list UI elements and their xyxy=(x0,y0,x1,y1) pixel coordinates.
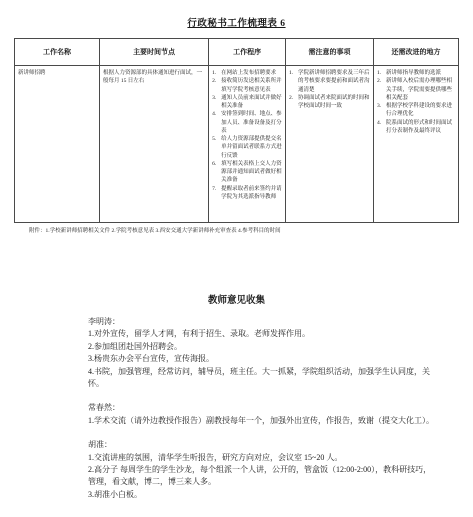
opinion-author: 胡准： xyxy=(88,439,435,451)
opinion-section-huzhun: 胡准： 1.交流讲座的氛围，清华学生听报告，研究方向对应，会议室 15~20 人… xyxy=(88,439,435,501)
opinions-body: 李明涛： 1.对外宣传，留学人才网，有利于招生、录取。老师发挥作用。2.参加组团… xyxy=(88,316,435,501)
list-item-text: 通知人员前来面试并做好相关准备 xyxy=(221,94,283,111)
list-item-number: 1. xyxy=(289,69,298,77)
list-item: 4.安排签到时间、地点、参加人员、准备设备及打分表 xyxy=(212,110,283,135)
list-item-text: 填写相关表格上交人力资源部并通知面试者做好相关准备 xyxy=(221,160,283,185)
opinion-section-limingtao: 李明涛： 1.对外宣传，留学人才网，有利于招生、录取。老师发挥作用。2.参加组团… xyxy=(88,316,435,390)
cell-work-name: 新讲师招聘 xyxy=(15,66,100,223)
document-page: 行政秘书工作梳理表 6 工作名称 主要时间节点 工作程序 需注意的事项 还需改进… xyxy=(0,15,473,501)
list-item: 6.填写相关表格上交人力资源部并通知面试者做好相关准备 xyxy=(212,160,283,185)
list-item: 2.新讲师入校后需办理哪些相关手续，学院需要提供哪些相关配套 xyxy=(377,77,456,102)
list-item: 1.学术交流（请外边教授作报告）副教授每年一个，加强外出宣传，作报告，致谢（提交… xyxy=(88,415,435,427)
list-item-text: 协调面试者来院面试的时间和学校面试时间一致 xyxy=(298,94,371,111)
list-item-text: 新讲师入校后需办理哪些相关手续，学院需要提供哪些相关配套 xyxy=(386,77,456,102)
list-item: 2.接收简历发送相关系所并填写学院考核意见表 xyxy=(212,77,283,94)
opinions-title: 教师意见收集 xyxy=(0,292,473,306)
list-item-number: 2. xyxy=(377,77,386,85)
attachments-footnote: 附件：1.学校新讲师招聘相关文件 2.学院考核意见表 3.西安交通大学新讲师补充… xyxy=(29,226,473,234)
list-item: 1.学院新讲师招聘要求及三年后的考核要求要提前和面试者沟通清楚 xyxy=(289,69,371,94)
list-item-text: 接收简历发送相关系所并填写学院考核意见表 xyxy=(221,77,283,94)
opinion-item-list: 1.对外宣传，留学人才网，有利于招生、录取。老师发挥作用。2.参加组团赴国外招聘… xyxy=(88,328,435,390)
list-item-number: 3. xyxy=(212,94,221,102)
attention-list: 1.学院新讲师招聘要求及三年后的考核要求要提前和面试者沟通清楚2.协调面试者来院… xyxy=(289,69,371,110)
list-item-number: 3. xyxy=(377,102,386,110)
opinion-section-changchunran: 常春然： 1.学术交流（请外边教授作报告）副教授每年一个，加强外出宣传，作报告，… xyxy=(88,402,435,427)
document-title: 行政秘书工作梳理表 6 xyxy=(0,15,473,29)
improvement-list: 1.新讲师指导教师的选派2.新讲师入校后需办理哪些相关手续，学院需要提供哪些相关… xyxy=(377,69,456,135)
list-item-number: 2. xyxy=(289,94,298,102)
list-item-number: 5. xyxy=(212,135,221,143)
list-item: 1.对外宣传，留学人才网，有利于招生、录取。老师发挥作用。 xyxy=(88,328,435,340)
list-item-text: 安排签到时间、地点、参加人员、准备设备及打分表 xyxy=(221,110,283,135)
header-attention: 需注意的事项 xyxy=(286,39,374,66)
table-row: 新讲师招聘 根据人力资源部的具体通知进行面试，一般每月 15 日左右 1.在网站… xyxy=(15,66,459,223)
opinion-author: 常春然： xyxy=(88,402,435,414)
cell-improvements: 1.新讲师指导教师的选派2.新讲师入校后需办理哪些相关手续，学院需要提供哪些相关… xyxy=(374,66,459,223)
list-item: 4.院系面试的形式和时间面试打分表制作及最终评议 xyxy=(377,119,456,136)
list-item: 1.交流讲座的氛围，清华学生听报告，研究方向对应，会议室 15~20 人。 xyxy=(88,452,435,464)
opinion-item-list: 1.学术交流（请外边教授作报告）副教授每年一个，加强外出宣传，作报告，致谢（提交… xyxy=(88,415,435,427)
header-time-nodes: 主要时间节点 xyxy=(99,39,208,66)
list-item: 5.给人力资源部提供提交名单并留面试者联系方式进行反馈 xyxy=(212,135,283,160)
opinion-item-list: 1.交流讲座的氛围，清华学生听报告，研究方向对应，会议室 15~20 人。2.高… xyxy=(88,452,435,502)
cell-attention: 1.学院新讲师招聘要求及三年后的考核要求要提前和面试者沟通清楚2.协调面试者来院… xyxy=(286,66,374,223)
list-item: 2.参加组团赴国外招聘会。 xyxy=(88,341,435,353)
list-item: 3.胡准小白板。 xyxy=(88,489,435,501)
list-item: 3.杨贵东办会平台宣传，宣传海报。 xyxy=(88,353,435,365)
list-item-text: 新讲师指导教师的选派 xyxy=(386,69,456,77)
list-item-text: 根据学校学科建设的要求进行合理优化 xyxy=(386,102,456,119)
list-item-text: 提醒录取者前来签约并请学院为其选派指导教师 xyxy=(221,185,283,202)
opinion-author: 李明涛： xyxy=(88,316,435,328)
list-item-number: 6. xyxy=(212,160,221,168)
list-item-number: 2. xyxy=(212,77,221,85)
list-item: 3.通知人员前来面试并做好相关准备 xyxy=(212,94,283,111)
header-procedures: 工作程序 xyxy=(209,39,286,66)
list-item: 1.在网站上发布招聘要求 xyxy=(212,69,283,77)
cell-procedures: 1.在网站上发布招聘要求2.接收简历发送相关系所并填写学院考核意见表3.通知人员… xyxy=(209,66,286,223)
header-improvements: 还需改进的地方 xyxy=(374,39,459,66)
list-item: 2.协调面试者来院面试的时间和学校面试时间一致 xyxy=(289,94,371,111)
list-item: 3.根据学校学科建设的要求进行合理优化 xyxy=(377,102,456,119)
list-item-text: 在网站上发布招聘要求 xyxy=(221,69,283,77)
work-organization-table: 工作名称 主要时间节点 工作程序 需注意的事项 还需改进的地方 新讲师招聘 根据… xyxy=(14,38,459,223)
header-work-name: 工作名称 xyxy=(15,39,100,66)
cell-time-nodes: 根据人力资源部的具体通知进行面试，一般每月 15 日左右 xyxy=(99,66,208,223)
list-item-number: 4. xyxy=(377,119,386,127)
list-item: 4.书院，加强管理，经常访问，辅导员，班主任。大一抓紧，学院组织活动，加强学生认… xyxy=(88,366,435,391)
table-header-row: 工作名称 主要时间节点 工作程序 需注意的事项 还需改进的地方 xyxy=(15,39,459,66)
list-item: 1.新讲师指导教师的选派 xyxy=(377,69,456,77)
list-item-text: 院系面试的形式和时间面试打分表制作及最终评议 xyxy=(386,119,456,136)
list-item: 2.高分子 每周学生的学生沙龙，每个组派一个人讲，公开的，管盒饭（12:00-2… xyxy=(88,464,435,489)
list-item-number: 4. xyxy=(212,110,221,118)
list-item-number: 7. xyxy=(212,185,221,193)
list-item-number: 1. xyxy=(212,69,221,77)
list-item-text: 学院新讲师招聘要求及三年后的考核要求要提前和面试者沟通清楚 xyxy=(298,69,371,94)
procedure-list: 1.在网站上发布招聘要求2.接收简历发送相关系所并填写学院考核意见表3.通知人员… xyxy=(212,69,283,201)
list-item: 7.提醒录取者前来签约并请学院为其选派指导教师 xyxy=(212,185,283,202)
list-item-number: 1. xyxy=(377,69,386,77)
list-item-text: 给人力资源部提供提交名单并留面试者联系方式进行反馈 xyxy=(221,135,283,160)
